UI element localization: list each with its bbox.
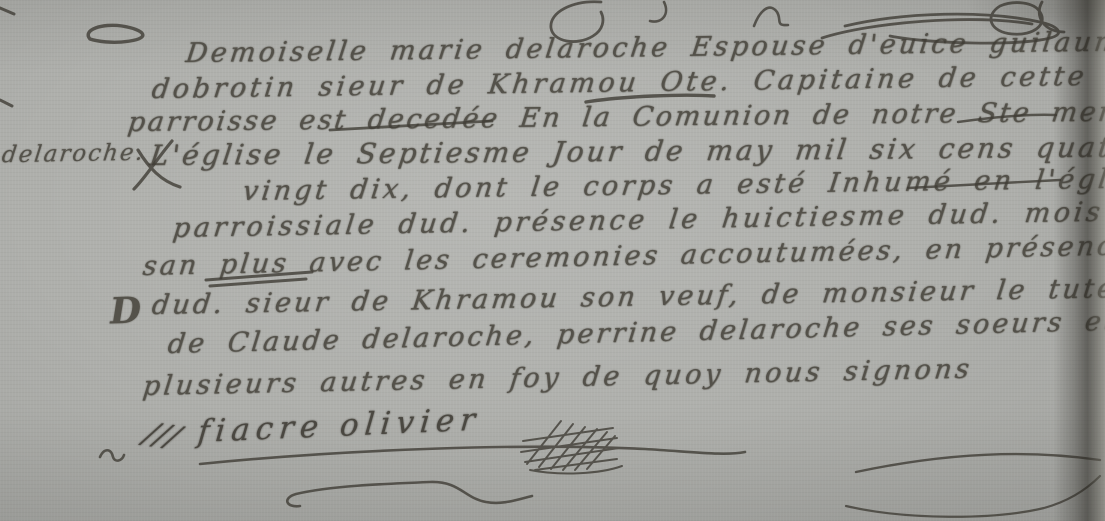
signature-paraph-crosshatch xyxy=(521,421,622,473)
signature-slashes: /// xyxy=(138,417,187,455)
margin-note-surname: delaroche. xyxy=(0,140,146,169)
mark-bottom-left xyxy=(100,450,124,460)
flourish-bottom-swirl xyxy=(287,482,532,506)
margin-note-initial: D xyxy=(109,289,142,332)
mark-left-edge xyxy=(0,8,14,106)
signature-name: fiacre olivier xyxy=(196,402,483,451)
flourish-top-left-loop xyxy=(88,25,143,42)
flourish-top-s-stroke xyxy=(650,2,666,22)
flourish-top-h-stroke xyxy=(754,8,788,26)
manuscript-line-10: plusieurs autres en foy de quoy nous sig… xyxy=(141,354,974,402)
manuscript-page: Demoiselle marie delaroche Espouse d'eui… xyxy=(0,0,1105,521)
page-edge-shadow xyxy=(1053,0,1105,521)
signature-underline xyxy=(200,447,745,464)
